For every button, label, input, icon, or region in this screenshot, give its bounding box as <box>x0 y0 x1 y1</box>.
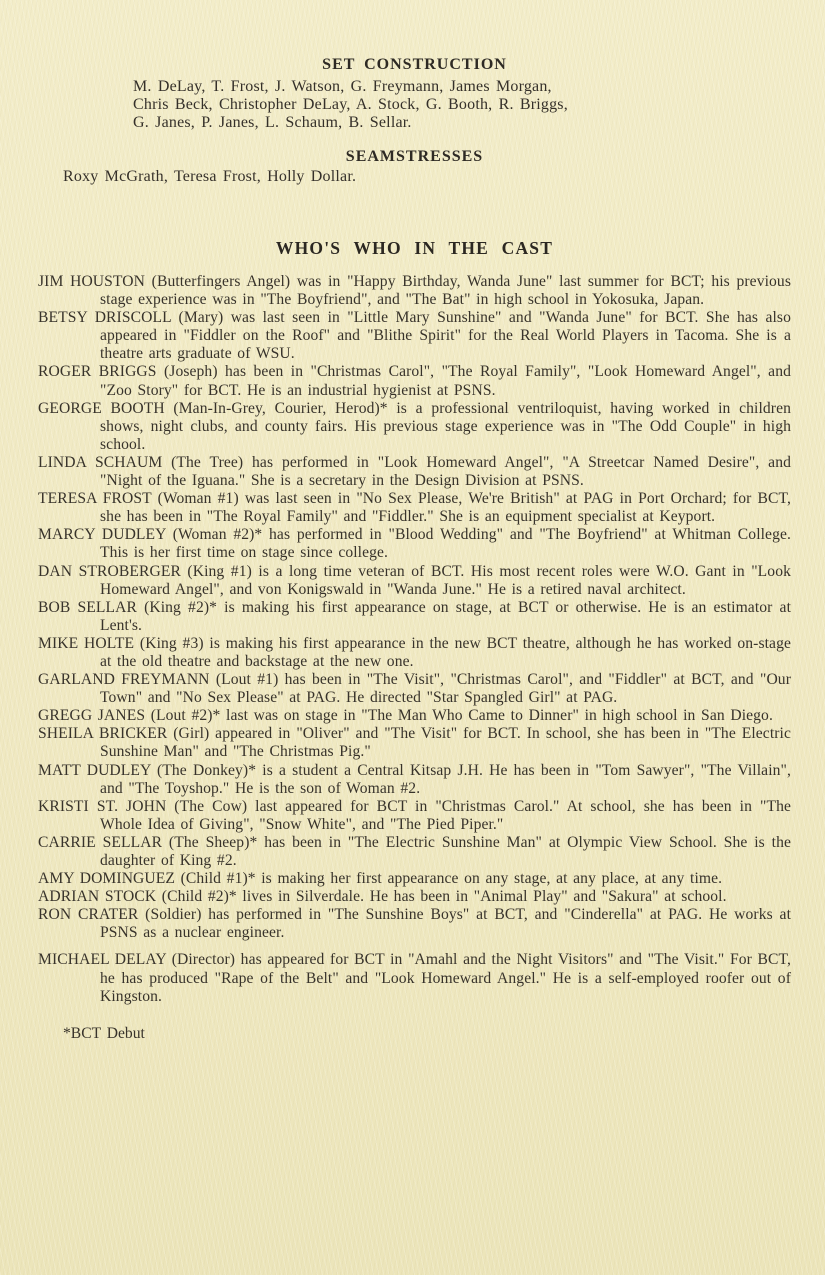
seamstresses-section: SEAMSTRESSES Roxy McGrath, Teresa Frost,… <box>38 148 791 186</box>
cast-bio-sheila-bricker: SHEILA BRICKER (Girl) appeared in "Olive… <box>38 725 791 761</box>
cast-bio-ron-crater: RON CRATER (Soldier) has performed in "T… <box>38 906 791 942</box>
set-construction-heading: SET CONSTRUCTION <box>38 56 791 74</box>
cast-bio-dan-stroberger: DAN STROBERGER (King #1) is a long time … <box>38 563 791 599</box>
cast-bio-matt-dudley: MATT DUDLEY (The Donkey)* is a student a… <box>38 762 791 798</box>
set-construction-section: SET CONSTRUCTION M. DeLay, T. Frost, J. … <box>38 56 791 132</box>
cast-bio-garland-freymann: GARLAND FREYMANN (Lout #1) has been in "… <box>38 671 791 707</box>
set-construction-names-line: M. DeLay, T. Frost, J. Watson, G. Freyma… <box>133 78 791 96</box>
bct-debut-footnote: *BCT Debut <box>63 1025 791 1043</box>
cast-bio-list: JIM HOUSTON (Butterfingers Angel) was in… <box>38 273 791 942</box>
cast-bio-jim-houston: JIM HOUSTON (Butterfingers Angel) was in… <box>38 273 791 309</box>
cast-bio-george-booth: GEORGE BOOTH (Man-In-Grey, Courier, Hero… <box>38 400 791 454</box>
set-construction-names: M. DeLay, T. Frost, J. Watson, G. Freyma… <box>38 78 791 132</box>
cast-bio-roger-briggs: ROGER BRIGGS (Joseph) has been in "Chris… <box>38 363 791 399</box>
set-construction-names-line: G. Janes, P. Janes, L. Schaum, B. Sellar… <box>133 114 791 132</box>
cast-bio-kristi-st-john: KRISTI ST. JOHN (The Cow) last appeared … <box>38 798 791 834</box>
program-page: SET CONSTRUCTION M. DeLay, T. Frost, J. … <box>0 0 825 1275</box>
seamstresses-heading: SEAMSTRESSES <box>38 148 791 166</box>
cast-bio-betsy-driscoll: BETSY DRISCOLL (Mary) was last seen in "… <box>38 309 791 363</box>
cast-bio-mike-holte: MIKE HOLTE (King #3) is making his first… <box>38 635 791 671</box>
cast-bio-marcy-dudley: MARCY DUDLEY (Woman #2)* has performed i… <box>38 526 791 562</box>
cast-bio-gregg-janes: GREGG JANES (Lout #2)* last was on stage… <box>38 707 791 725</box>
cast-bio-linda-schaum: LINDA SCHAUM (The Tree) has performed in… <box>38 454 791 490</box>
cast-bio-adrian-stock: ADRIAN STOCK (Child #2)* lives in Silver… <box>38 888 791 906</box>
cast-bio-michael-delay-director: MICHAEL DELAY (Director) has appeared fo… <box>38 951 791 1005</box>
cast-bio-bob-sellar: BOB SELLAR (King #2)* is making his firs… <box>38 599 791 635</box>
cast-bio-carrie-sellar: CARRIE SELLAR (The Sheep)* has been in "… <box>38 834 791 870</box>
whos-who-heading: WHO'S WHO IN THE CAST <box>38 238 791 258</box>
cast-bio-teresa-frost: TERESA FROST (Woman #1) was last seen in… <box>38 490 791 526</box>
cast-bio-amy-dominguez: AMY DOMINGUEZ (Child #1)* is making her … <box>38 870 791 888</box>
seamstresses-names-line: Roxy McGrath, Teresa Frost, Holly Dollar… <box>63 168 791 186</box>
set-construction-names-line: Chris Beck, Christopher DeLay, A. Stock,… <box>133 96 791 114</box>
